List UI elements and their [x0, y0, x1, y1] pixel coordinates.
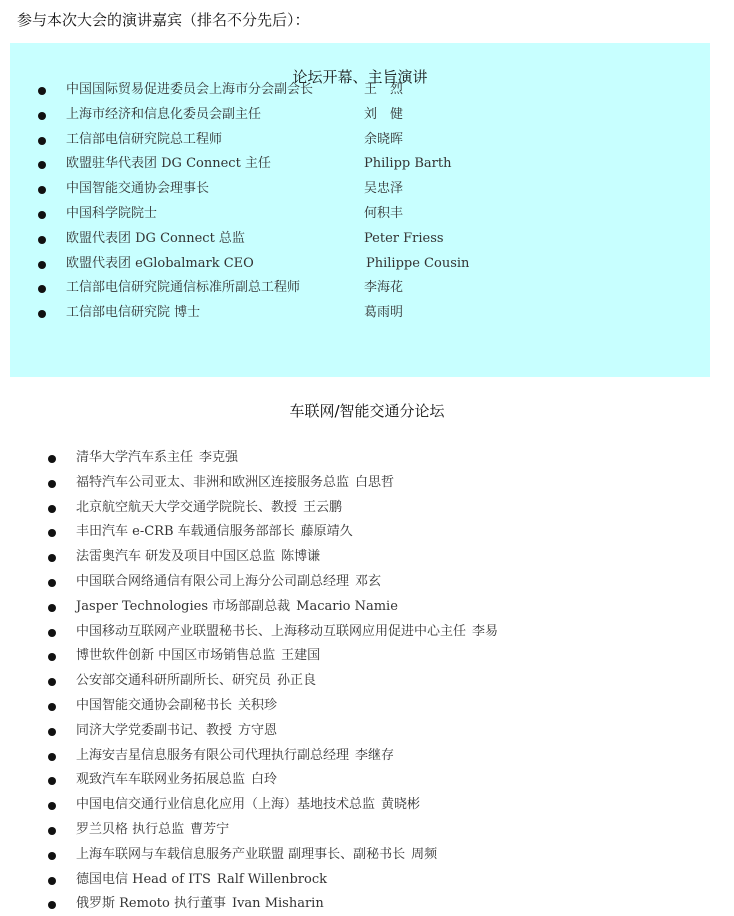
speaker-title: 德国电信 Head of ITS — [76, 872, 211, 887]
list-item: 欧盟代表团 eGlobalmark CEOPhilippe Cousin — [38, 252, 698, 277]
speaker-title: 欧盟驻华代表团 DG Connect 主任 — [66, 152, 271, 177]
speaker-name: Ivan Misharin — [232, 892, 324, 916]
speaker-title: 丰田汽车 e-CRB 车载通信服务部部长 — [76, 524, 295, 539]
list-item: 清华大学汽车系主任李克强 — [48, 446, 708, 471]
speaker-title: 法雷奥汽车 研发及项目中国区总监 — [76, 549, 275, 564]
speaker-name: 王云鹏 — [303, 496, 342, 521]
list-item: 观致汽车车联网业务拓展总监白玲 — [48, 768, 708, 793]
speaker-title: 工信部电信研究院 博士 — [66, 301, 200, 326]
speaker-name: 白思哲 — [355, 471, 394, 496]
bullet-icon — [38, 211, 46, 219]
speaker-name: Peter Friess — [364, 227, 444, 252]
speaker-name: 李继存 — [355, 744, 394, 769]
list-item: 中国移动互联网产业联盟秘书长、上海移动互联网应用促进中心主任李易 — [48, 620, 708, 645]
bullet-icon — [48, 629, 56, 637]
speaker-title: 清华大学汽车系主任 — [76, 450, 193, 465]
speaker-title: Jasper Technologies 市场部副总裁 — [76, 599, 290, 614]
bullet-icon — [48, 753, 56, 761]
bullet-icon — [48, 802, 56, 810]
bullet-icon — [38, 137, 46, 145]
speaker-name: 白玲 — [251, 768, 277, 793]
list-item: 中国智能交通协会副秘书长关积珍 — [48, 694, 708, 719]
list-item: 公安部交通科研所副所长、研究员孙正良 — [48, 669, 708, 694]
bullet-icon — [48, 455, 56, 463]
bullet-icon — [48, 877, 56, 885]
speaker-title: 中国电信交通行业信息化应用（上海）基地技术总监 — [76, 797, 375, 812]
speaker-name: 陈博谦 — [281, 545, 320, 570]
intro-heading: 参与本次大会的演讲嘉宾（排名不分先后）： — [17, 9, 310, 30]
list-item: 工信部电信研究院 博士葛雨明 — [38, 301, 698, 326]
speaker-title: 公安部交通科研所副所长、研究员 — [76, 673, 271, 688]
bullet-icon — [48, 728, 56, 736]
list-item: 中国国际贸易促进委员会上海市分会副会长王 烈 — [38, 78, 698, 103]
bullet-icon — [38, 161, 46, 169]
speaker-title: 上海安吉星信息服务有限公司代理执行副总经理 — [76, 748, 349, 763]
speaker-name: 葛雨明 — [364, 301, 403, 326]
speaker-name: 李易 — [472, 620, 498, 645]
speaker-title: 俄罗斯 Remoto 执行董事 — [76, 896, 226, 911]
bullet-icon — [38, 261, 46, 269]
bullet-icon — [48, 653, 56, 661]
keynote-speaker-list: 中国国际贸易促进委员会上海市分会副会长王 烈 上海市经济和信息化委员会副主任刘 … — [38, 78, 698, 326]
speaker-name: 王建国 — [281, 644, 320, 669]
list-item: 法雷奥汽车 研发及项目中国区总监陈博谦 — [48, 545, 708, 570]
list-item: 工信部电信研究院通信标准所副总工程师李海花 — [38, 276, 698, 301]
bullet-icon — [38, 310, 46, 318]
bullet-icon — [48, 827, 56, 835]
speaker-name: 刘 健 — [364, 103, 403, 128]
speaker-title: 上海车联网与车载信息服务产业联盟 副理事长、副秘书长 — [76, 847, 405, 862]
speaker-name: 何积丰 — [364, 202, 403, 227]
speaker-name: Philipp Barth — [364, 152, 451, 177]
list-item: 俄罗斯 Remoto 执行董事Ivan Misharin — [48, 892, 708, 916]
bullet-icon — [38, 285, 46, 293]
list-item: 丰田汽车 e-CRB 车载通信服务部部长藤原靖久 — [48, 520, 708, 545]
speaker-name: 关积珍 — [238, 694, 277, 719]
speaker-name: 周频 — [411, 843, 437, 868]
speaker-title: 中国移动互联网产业联盟秘书长、上海移动互联网应用促进中心主任 — [76, 624, 466, 639]
speaker-name: Macario Namie — [296, 595, 398, 620]
bullet-icon — [48, 901, 56, 909]
speaker-name: 黄晓彬 — [381, 793, 420, 818]
speaker-name: 曹芳宁 — [190, 818, 229, 843]
list-item: 北京航空航天大学交通学院院长、教授王云鹏 — [48, 496, 708, 521]
bullet-icon — [38, 236, 46, 244]
speaker-title: 工信部电信研究院总工程师 — [66, 128, 222, 153]
speaker-name: 李克强 — [199, 446, 238, 471]
list-item: 福特汽车公司亚太、非洲和欧洲区连接服务总监白思哲 — [48, 471, 708, 496]
speaker-title: 中国科学院院士 — [66, 202, 157, 227]
list-item: Jasper Technologies 市场部副总裁Macario Namie — [48, 595, 708, 620]
list-item: 博世软件创新 中国区市场销售总监王建国 — [48, 644, 708, 669]
list-item: 欧盟代表团 DG Connect 总监Peter Friess — [38, 227, 698, 252]
speaker-name: Ralf Willenbrock — [217, 868, 327, 893]
list-item: 欧盟驻华代表团 DG Connect 主任Philipp Barth — [38, 152, 698, 177]
list-item: 罗兰贝格 执行总监曹芳宁 — [48, 818, 708, 843]
speaker-title: 中国智能交通协会理事长 — [66, 177, 209, 202]
bullet-icon — [38, 87, 46, 95]
speaker-title: 北京航空航天大学交通学院院长、教授 — [76, 500, 297, 515]
speaker-title: 观致汽车车联网业务拓展总监 — [76, 772, 245, 787]
bullet-icon — [38, 186, 46, 194]
list-item: 中国智能交通协会理事长吴忠泽 — [38, 177, 698, 202]
bullet-icon — [48, 703, 56, 711]
speaker-title: 博世软件创新 中国区市场销售总监 — [76, 648, 275, 663]
iov-speaker-list: 清华大学汽车系主任李克强 福特汽车公司亚太、非洲和欧洲区连接服务总监白思哲 北京… — [48, 446, 708, 916]
section-title-iov: 车联网/智能交通分论坛 — [0, 400, 734, 421]
speaker-name: Philippe Cousin — [366, 252, 469, 277]
speaker-name: 李海花 — [364, 276, 403, 301]
bullet-icon — [48, 480, 56, 488]
bullet-icon — [48, 554, 56, 562]
list-item: 上海车联网与车载信息服务产业联盟 副理事长、副秘书长周频 — [48, 843, 708, 868]
bullet-icon — [48, 678, 56, 686]
speaker-name: 孙正良 — [277, 669, 316, 694]
speaker-title: 欧盟代表团 eGlobalmark CEO — [66, 252, 254, 277]
list-item: 中国联合网络通信有限公司上海分公司副总经理邓玄 — [48, 570, 708, 595]
speaker-name: 余晓晖 — [364, 128, 403, 153]
list-item: 同济大学党委副书记、教授方守恩 — [48, 719, 708, 744]
speaker-title: 中国联合网络通信有限公司上海分公司副总经理 — [76, 574, 349, 589]
speaker-name: 邓玄 — [355, 570, 381, 595]
list-item: 中国科学院院士何积丰 — [38, 202, 698, 227]
list-item: 德国电信 Head of ITSRalf Willenbrock — [48, 868, 708, 893]
speaker-title: 中国智能交通协会副秘书长 — [76, 698, 232, 713]
speaker-name: 藤原靖久 — [301, 520, 353, 545]
bullet-icon — [38, 112, 46, 120]
bullet-icon — [48, 604, 56, 612]
bullet-icon — [48, 529, 56, 537]
bullet-icon — [48, 579, 56, 587]
speaker-name: 方守恩 — [238, 719, 277, 744]
list-item: 中国电信交通行业信息化应用（上海）基地技术总监黄晓彬 — [48, 793, 708, 818]
list-item: 工信部电信研究院总工程师余晓晖 — [38, 128, 698, 153]
speaker-title: 同济大学党委副书记、教授 — [76, 723, 232, 738]
speaker-title: 欧盟代表团 DG Connect 总监 — [66, 227, 245, 252]
speaker-title: 罗兰贝格 执行总监 — [76, 822, 184, 837]
speaker-title: 工信部电信研究院通信标准所副总工程师 — [66, 276, 300, 301]
list-item: 上海安吉星信息服务有限公司代理执行副总经理李继存 — [48, 744, 708, 769]
speaker-title: 福特汽车公司亚太、非洲和欧洲区连接服务总监 — [76, 475, 349, 490]
bullet-icon — [48, 777, 56, 785]
bullet-icon — [48, 852, 56, 860]
speaker-title: 上海市经济和信息化委员会副主任 — [66, 103, 261, 128]
speaker-title: 中国国际贸易促进委员会上海市分会副会长 — [66, 78, 313, 103]
speaker-name: 王 烈 — [364, 78, 403, 103]
list-item: 上海市经济和信息化委员会副主任刘 健 — [38, 103, 698, 128]
bullet-icon — [48, 505, 56, 513]
speaker-name: 吴忠泽 — [364, 177, 403, 202]
